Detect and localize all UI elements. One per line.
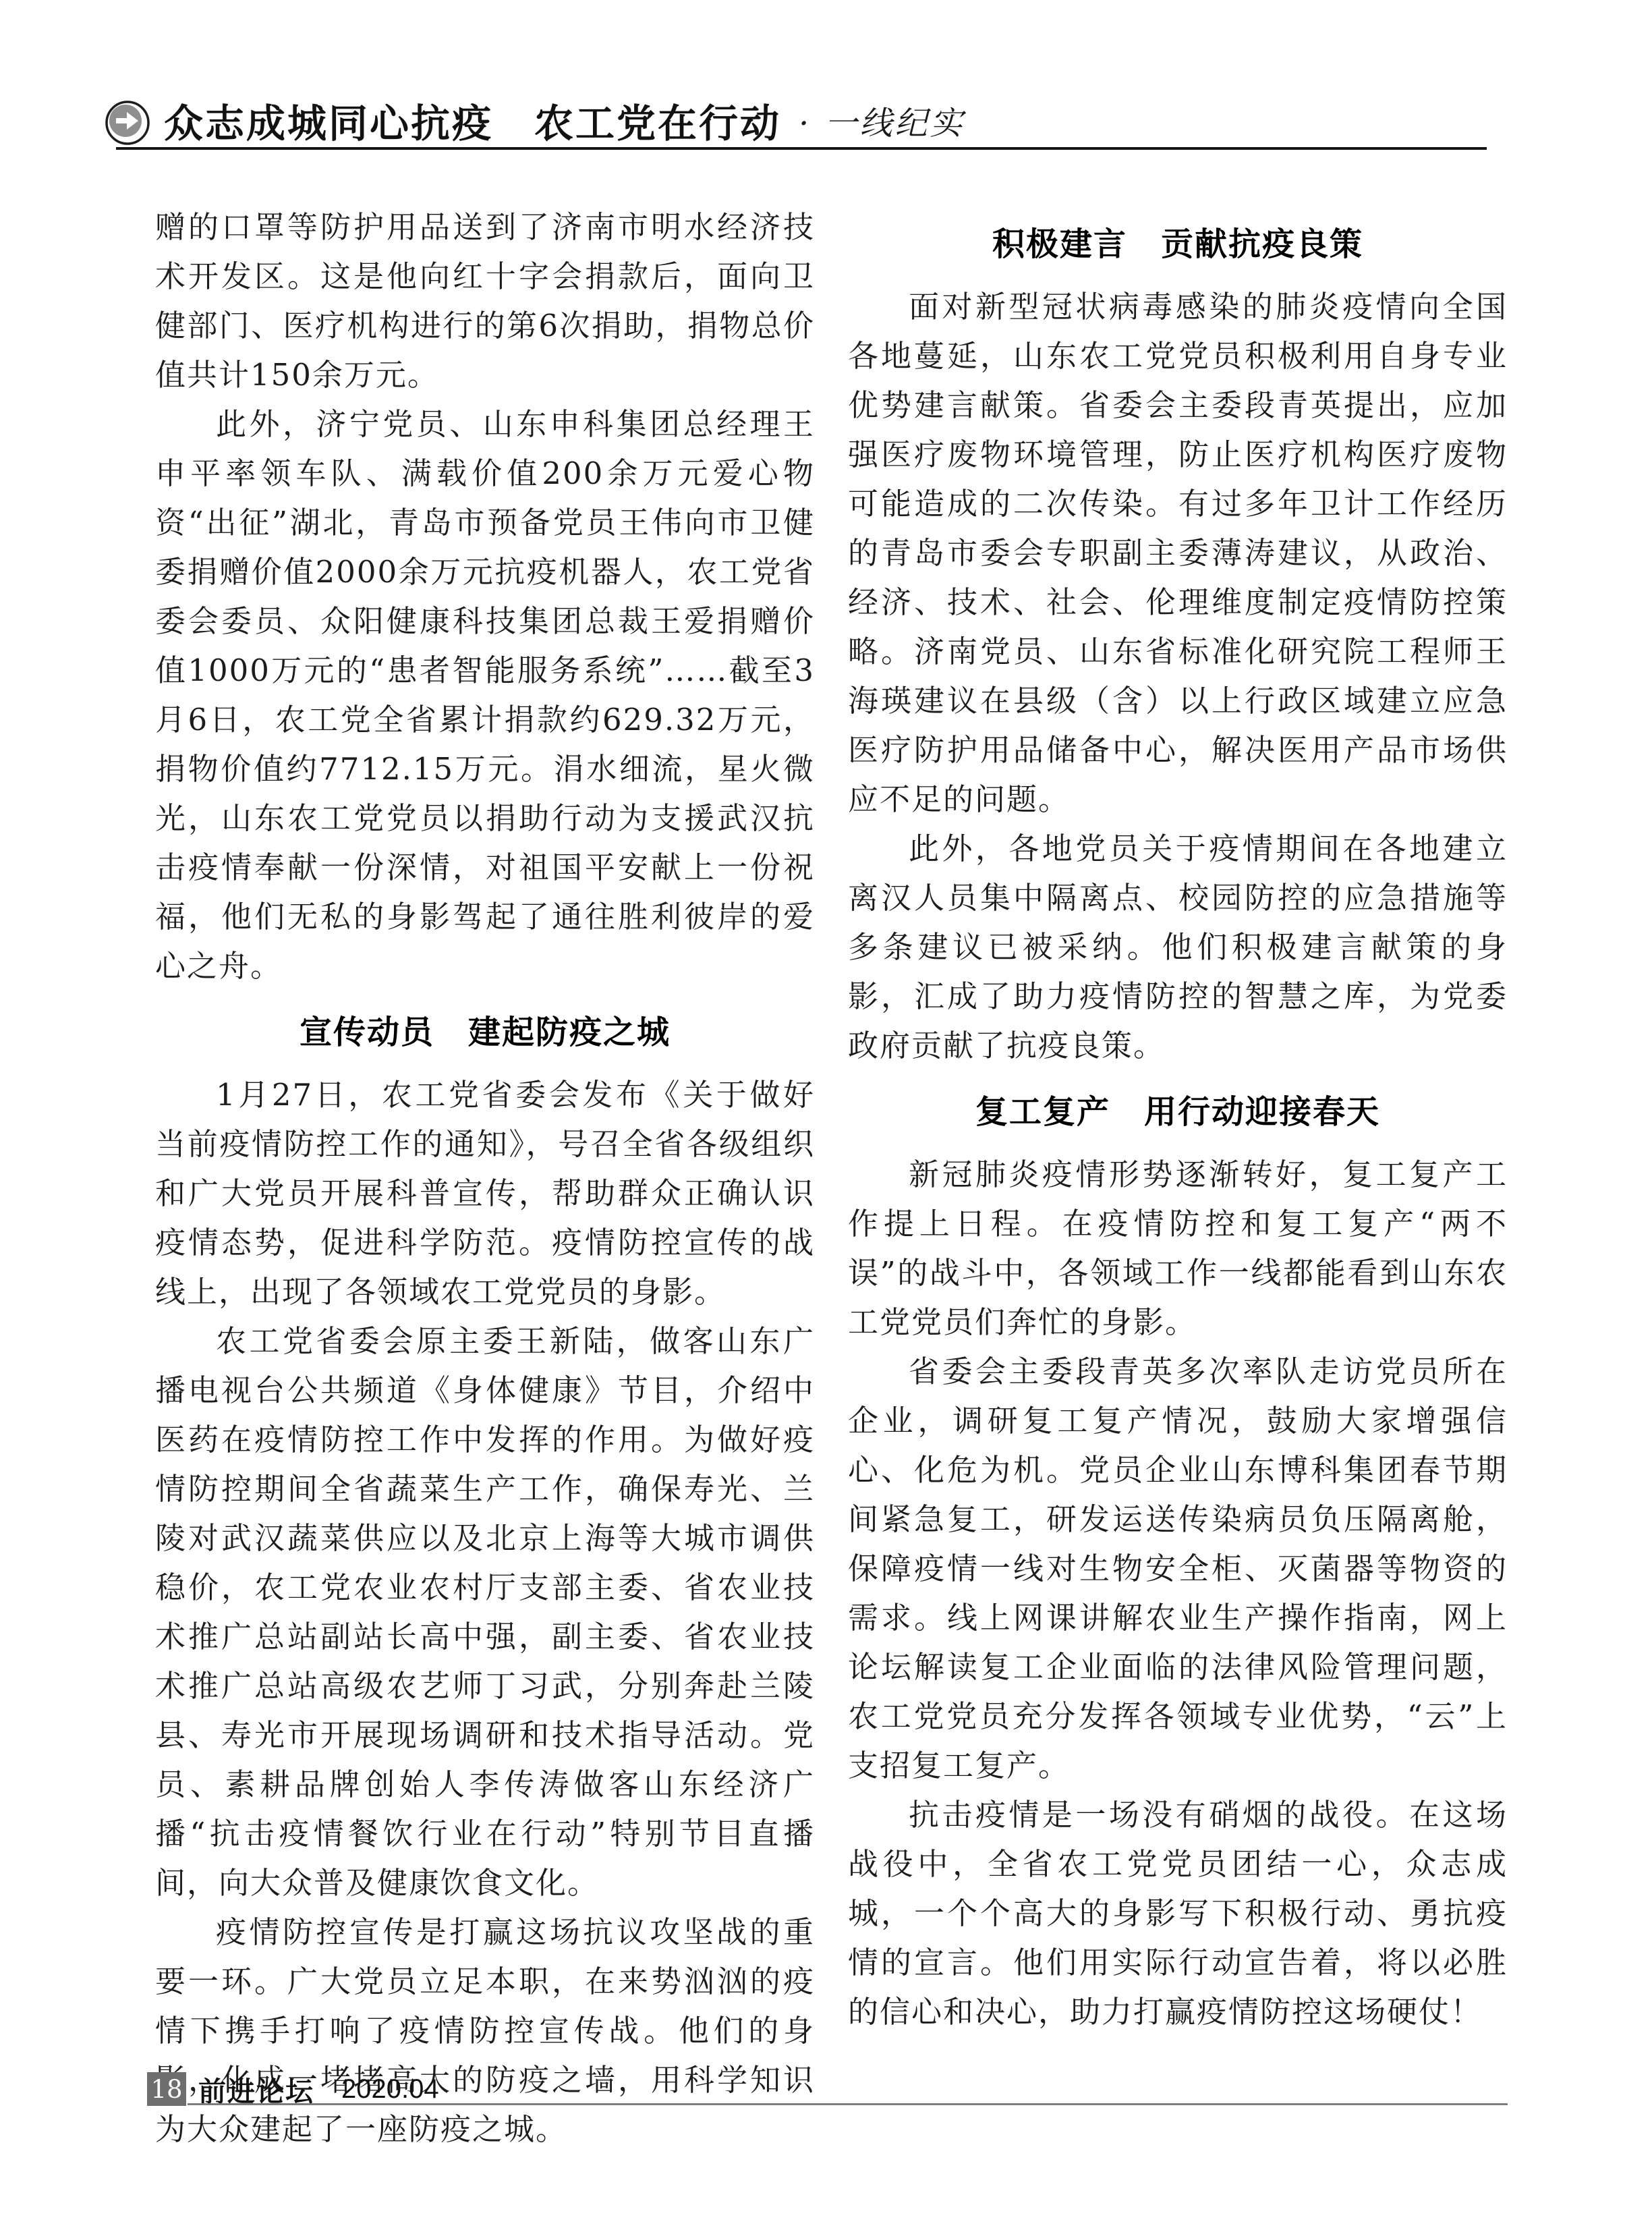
left-column: 赠的口罩等防护用品送到了济南市明水经济技术开发区。这是他向红十字会捐款后，面向卫… [155, 202, 815, 2154]
article-body: 赠的口罩等防护用品送到了济南市明水经济技术开发区。这是他向红十字会捐款后，面向卫… [155, 202, 1508, 2154]
right-column: 积极建言 贡献抗疫良策 面对新型冠状病毒感染的肺炎疫情向全国各地蔓延，山东农工党… [848, 202, 1508, 2154]
paragraph: 此外，各地党员关于疫情期间在各地建立离汉人员集中隔离点、校园防控的应急措施等多条… [848, 824, 1508, 1070]
section-heading: 积极建言 贡献抗疫良策 [848, 223, 1508, 267]
column-title: 众志成城同心抗疫 农工党在行动 [164, 92, 781, 148]
paragraph: 抗击疫情是一场没有硝烟的战役。在这场战役中，全省农工党党员团结一心，众志成城，一… [848, 1790, 1508, 2036]
paragraph: 1月27日，农工党省委会发布《关于做好当前疫情防控工作的通知》，号召全省各级组织… [155, 1070, 815, 1316]
paragraph: 新冠肺炎疫情形势逐渐转好，复工复产工作提上日程。在疫情防控和复工复产“两不误”的… [848, 1150, 1508, 1347]
arrow-right-circle-icon [105, 96, 152, 150]
issue-number: 2020.04 [341, 2074, 439, 2105]
paragraph: 赠的口罩等防护用品送到了济南市明水经济技术开发区。这是他向红十字会捐款后，面向卫… [155, 202, 815, 399]
paragraph: 此外，济宁党员、山东申科集团总经理王申平率领车队、满载价值200余万元爱心物资“… [155, 399, 815, 991]
paragraph: 面对新型冠状病毒感染的肺炎疫情向全国各地蔓延，山东农工党党员积极利用自身专业优势… [848, 282, 1508, 824]
column-subtitle: · 一线纪实 [799, 97, 965, 144]
paragraph: 农工党省委会原主委王新陆，做客山东广播电视台公共频道《身体健康》节目，介绍中医药… [155, 1316, 815, 1908]
paragraph: 疫情防控宣传是打赢这场抗议攻坚战的重要一环。广大党员立足本职，在来势汹汹的疫情下… [155, 1908, 815, 2154]
footer-rule [188, 2103, 1508, 2105]
magazine-page: 众志成城同心抗疫 农工党在行动 · 一线纪实 赠的口罩等防护用品送到了济南市明水… [0, 0, 1652, 2226]
paragraph: 省委会主委段青英多次率队走访党员所在企业，调研复工复产情况，鼓励大家增强信心、化… [848, 1347, 1508, 1790]
page-number-badge: 18 [147, 2072, 186, 2106]
section-heading: 宣传动员 建起防疫之城 [155, 1011, 815, 1055]
page-footer: 18 前进论坛 2020.04 [147, 2072, 439, 2106]
page-header: 众志成城同心抗疫 农工党在行动 · 一线纪实 [164, 93, 965, 147]
section-heading: 复工复产 用行动迎接春天 [848, 1090, 1508, 1135]
